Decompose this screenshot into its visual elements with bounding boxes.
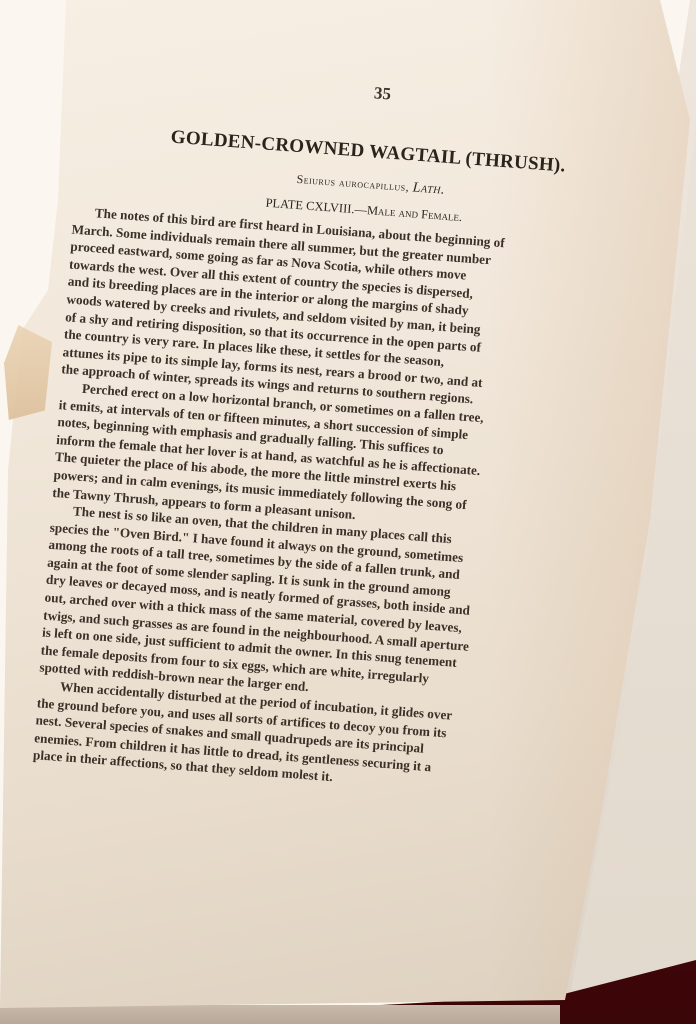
torn-paper-edge xyxy=(4,325,52,420)
latin-name: Seiurus aurocapillus, xyxy=(296,172,410,194)
page-text: 35 GOLDEN-CROWNED WAGTAIL (THRUSH). Seiu… xyxy=(32,62,602,802)
plate-label: PLATE CXLVIII.— xyxy=(265,196,367,217)
latin-author: Lath. xyxy=(412,180,445,197)
page-bottom-edge xyxy=(0,1005,560,1024)
plate-sex: Male and Female. xyxy=(366,203,462,224)
